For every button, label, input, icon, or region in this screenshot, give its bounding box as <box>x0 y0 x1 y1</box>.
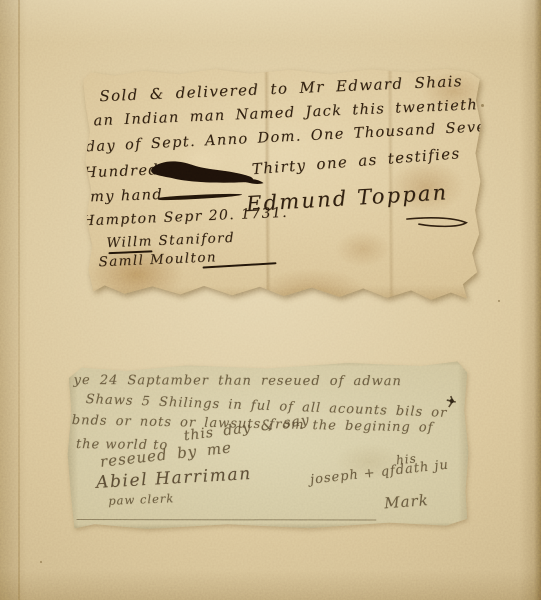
ink-blot <box>145 154 266 191</box>
signature-flourish <box>404 215 470 231</box>
ink-dash <box>158 193 242 201</box>
top-document: Sold & delivered to Mr Edward Shais an I… <box>84 64 482 302</box>
top-doc-line-4-right: Thirty one as testifies <box>251 144 461 178</box>
framed-documents-photo: Sold & delivered to Mr Edward Shais an I… <box>0 0 541 600</box>
bottom-document: ye 24 Saptamber than reseued of adwan Sh… <box>66 360 470 530</box>
witness-staniford: Willm Staniford <box>106 230 235 251</box>
bottom-crease-line <box>76 519 376 521</box>
bottom-document-paper: ye 24 Saptamber than reseued of adwan Sh… <box>66 359 471 531</box>
bottom-doc-line-1: ye 24 Saptamber than reseued of adwan <box>74 373 402 389</box>
top-document-paper: Sold & delivered to Mr Edward Shais an I… <box>83 63 483 304</box>
top-doc-line-5: my hand. <box>90 187 169 206</box>
mark-name: joseph + qfdath ju <box>309 458 449 488</box>
mat-speck <box>498 300 500 302</box>
signature-edmund-toppan: Edmund Toppan <box>245 180 448 216</box>
frame-edge-shadow <box>534 0 541 600</box>
mat-speck <box>40 561 42 563</box>
mark-word: Mark <box>384 491 430 512</box>
mat-speck <box>481 104 484 107</box>
mat-bevel-line <box>18 0 20 600</box>
signature-title: paw clerk <box>108 491 175 508</box>
ink-smudge <box>444 393 460 411</box>
